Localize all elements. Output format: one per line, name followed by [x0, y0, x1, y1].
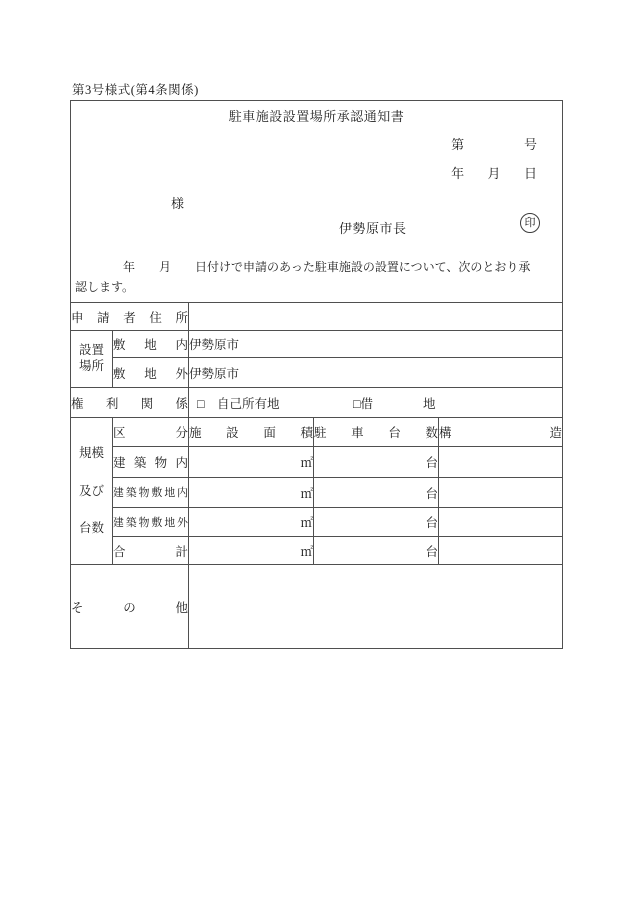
- scale-row4-capacity-cell: 台: [314, 537, 439, 565]
- applicant-address-label: 申請者住所: [71, 308, 188, 326]
- date-month-label: 月: [488, 163, 501, 182]
- other-row: その他: [71, 565, 563, 649]
- location-outside-label: 敷地外: [113, 364, 188, 382]
- location-outside-value: 伊勢原市: [189, 358, 563, 388]
- scale-header-capacity-cell: 駐車台数: [314, 418, 439, 447]
- applicant-address-value: [189, 303, 563, 331]
- seal-icon: 印: [520, 213, 540, 233]
- scale-header-structure: 構造: [439, 423, 562, 441]
- date-day-label: 日: [524, 163, 537, 182]
- form-title: 駐車施設設置場所承認通知書: [71, 106, 562, 125]
- location-label-cell: 設置 場所: [71, 331, 113, 388]
- rights-label-cell: 権利関係: [71, 388, 189, 418]
- location-label-line1: 設置: [79, 343, 104, 359]
- doc-number-prefix: 第: [451, 134, 464, 153]
- rights-options-cell: □ 自己所有地 □借 地: [189, 388, 563, 418]
- location-label-line2: 場所: [79, 359, 104, 375]
- scale-row-on-site: 建築物敷地内 ㎡ 台: [71, 478, 563, 508]
- scale-group-label-line1: 規模: [79, 446, 104, 461]
- scale-row2-structure-cell: [439, 478, 563, 508]
- scale-row3-capacity-cell: 台: [314, 508, 439, 537]
- doc-number-line: 第 号: [451, 134, 537, 153]
- rights-option-leased-checkbox: □借 地: [353, 394, 436, 412]
- form-caption: 第3号様式(第4条関係): [72, 80, 199, 98]
- addressee-honorific: 様: [171, 193, 184, 212]
- scale-row1-area-cell: ㎡: [189, 447, 314, 478]
- scale-row3-label-cell: 建築物敷地外: [113, 508, 189, 537]
- scale-row3-area-cell: ㎡: [189, 508, 314, 537]
- scale-header-capacity: 駐車台数: [314, 423, 438, 441]
- scale-row4-structure-cell: [439, 537, 563, 565]
- other-label-cell: その他: [71, 565, 189, 649]
- scale-row2-label-cell: 建築物敷地内: [113, 478, 189, 508]
- applicant-address-label-cell: 申請者住所: [71, 303, 189, 331]
- scale-row1-capacity-cell: 台: [314, 447, 439, 478]
- location-outside-row: 敷地外 伊勢原市: [71, 358, 563, 388]
- scale-row-off-site: 建築物敷地外 ㎡ 台: [71, 508, 563, 537]
- scale-header-area-cell: 施設面積: [189, 418, 314, 447]
- other-label: その他: [71, 598, 188, 616]
- scale-row1-label: 建築物内: [113, 453, 188, 471]
- location-inside-label-cell: 敷地内: [113, 331, 189, 358]
- scale-row2-capacity-cell: 台: [314, 478, 439, 508]
- scale-group-label-line3: 台数: [79, 521, 104, 536]
- location-inside-label: 敷地内: [113, 335, 188, 353]
- scale-row-total: 合計 ㎡ 台: [71, 537, 563, 565]
- rights-row: 権利関係 □ 自己所有地 □借 地: [71, 388, 563, 418]
- scale-row4-area-cell: ㎡: [189, 537, 314, 565]
- scale-row4-label-cell: 合計: [113, 537, 189, 565]
- location-outside-label-cell: 敷地外: [113, 358, 189, 388]
- scale-header-area: 施設面積: [189, 423, 313, 441]
- approval-form-table: 駐車施設設置場所承認通知書 第 号 年 月 日 様 伊勢原市長 印 年 月 日付…: [70, 100, 563, 649]
- scale-row2-label: 建築物敷地内: [113, 485, 188, 500]
- header-area: 駐車施設設置場所承認通知書 第 号 年 月 日 様 伊勢原市長 印 年 月 日付…: [71, 101, 563, 303]
- scale-group-label-cell: 規模 及び 台数: [71, 418, 113, 565]
- date-year-label: 年: [451, 163, 464, 182]
- document-page: 第3号様式(第4条関係) 駐車施設設置場所承認通知書 第 号 年 月 日 様 伊…: [0, 0, 630, 915]
- applicant-address-row: 申請者住所: [71, 303, 563, 331]
- other-value: [189, 565, 563, 649]
- scale-row1-structure-cell: [439, 447, 563, 478]
- scale-row4-label: 合計: [113, 542, 188, 560]
- rights-option-self-checkbox: □ 自己所有地: [197, 394, 280, 412]
- rights-label: 権利関係: [71, 394, 188, 412]
- scale-row2-area-cell: ㎡: [189, 478, 314, 508]
- scale-header-category: 区分: [113, 423, 188, 441]
- location-inside-value: 伊勢原市: [189, 331, 563, 358]
- scale-row3-structure-cell: [439, 508, 563, 537]
- scale-row3-label: 建築物敷地外: [113, 515, 188, 530]
- body-paragraph: 年 月 日付けで申請のあった駐車施設の設置について、次のとおり承認します。: [75, 257, 537, 297]
- scale-row-in-building: 建築物内 ㎡ 台: [71, 447, 563, 478]
- date-line: 年 月 日: [451, 163, 537, 182]
- scale-group-label-line2: 及び: [79, 484, 104, 499]
- seal-glyph: 印: [525, 218, 536, 229]
- scale-header-structure-cell: 構造: [439, 418, 563, 447]
- scale-header-row: 規模 及び 台数 区分 施設面積 駐車台数 構造: [71, 418, 563, 447]
- location-inside-row: 設置 場所 敷地内 伊勢原市: [71, 331, 563, 358]
- scale-header-category-cell: 区分: [113, 418, 189, 447]
- header-area-row: 駐車施設設置場所承認通知書 第 号 年 月 日 様 伊勢原市長 印 年 月 日付…: [71, 101, 563, 303]
- scale-row1-label-cell: 建築物内: [113, 447, 189, 478]
- doc-number-suffix: 号: [524, 134, 537, 153]
- issuer-name: 伊勢原市長: [339, 218, 407, 237]
